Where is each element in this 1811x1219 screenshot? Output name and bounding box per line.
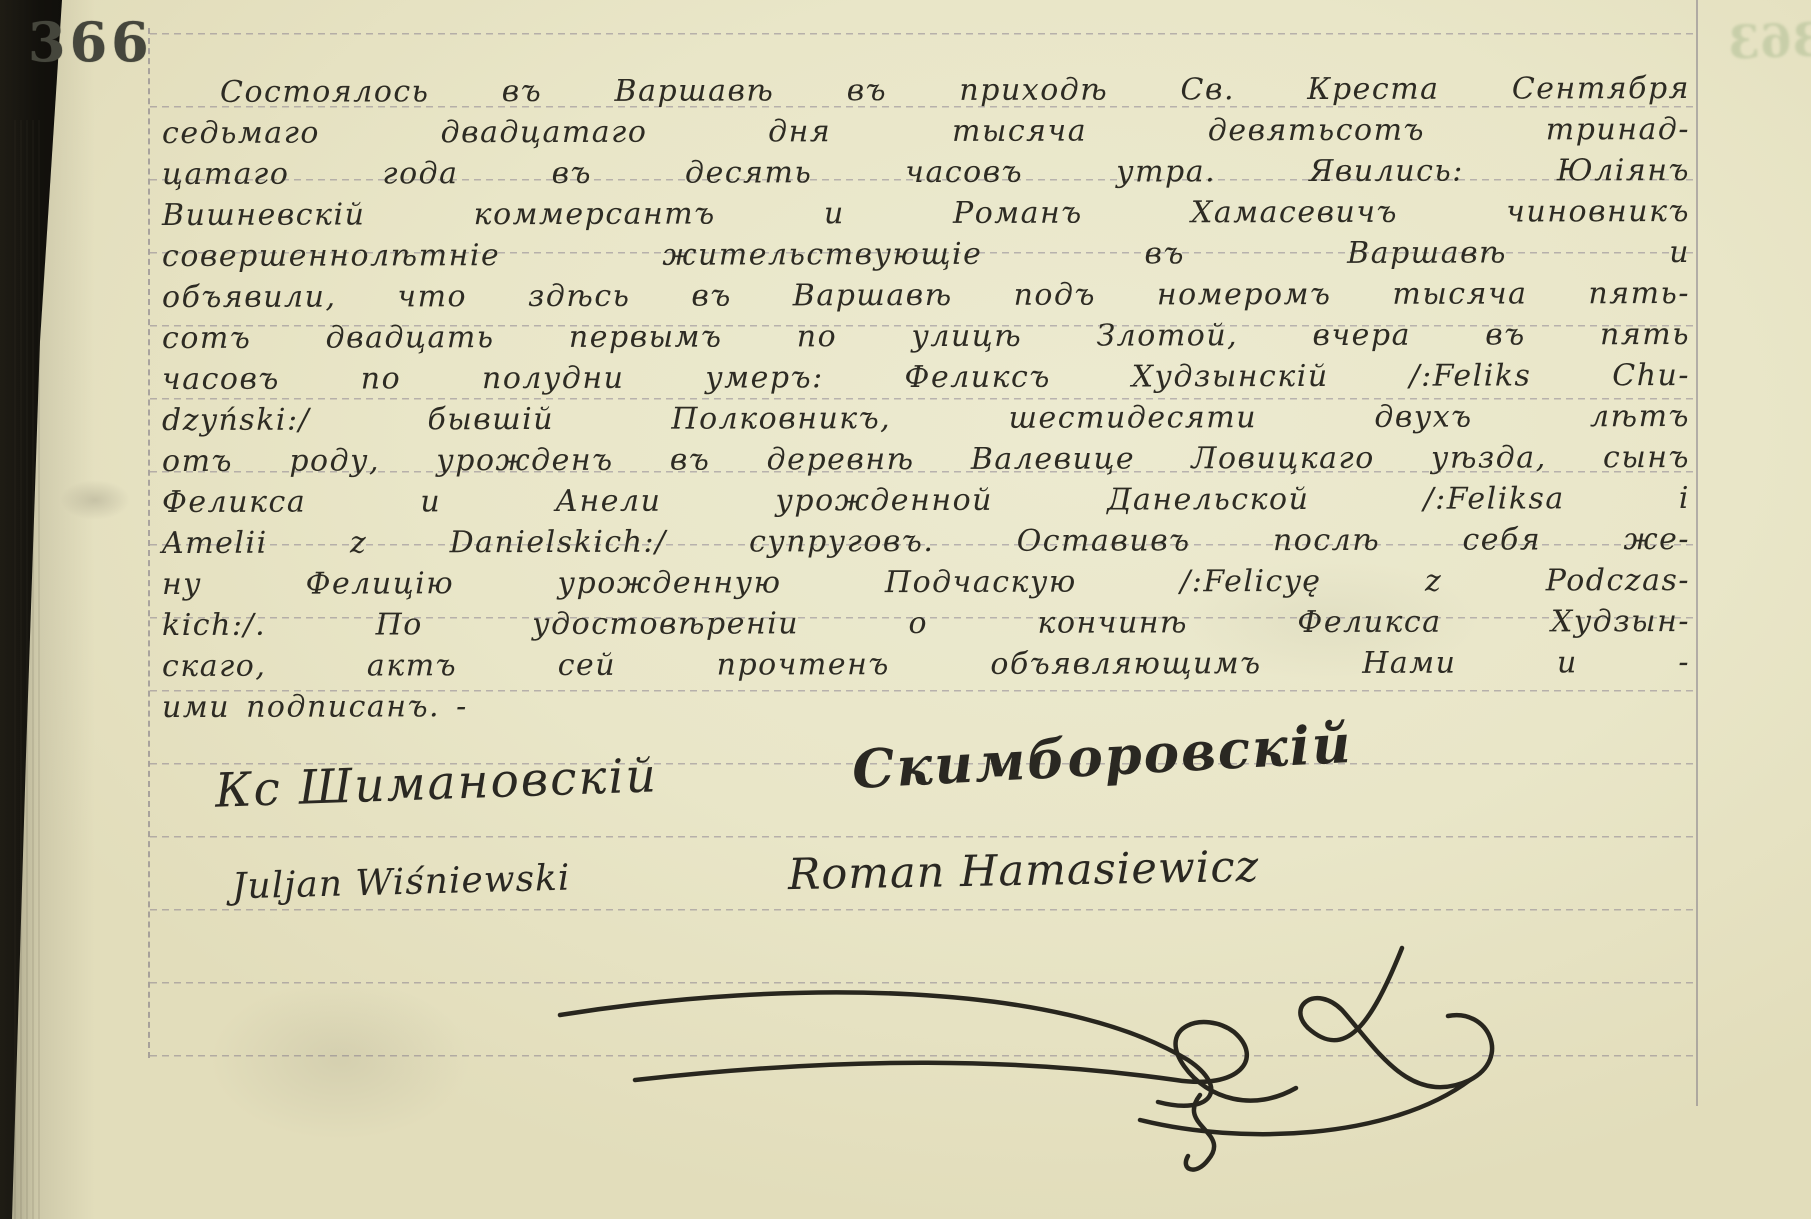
record-line: объявили, что здѣсь въ Варшавѣ подъ номе… — [162, 273, 1690, 318]
record-line: цатаго года въ десять часовъ утра. Явили… — [162, 150, 1690, 195]
record-line: ими подписанъ. - — [162, 683, 1690, 728]
record-line: седьмаго двадцатаго дня тысяча девятьсот… — [162, 109, 1690, 154]
record-line: Состоялось въ Варшавѣ въ приходѣ Св. Кре… — [162, 68, 1690, 113]
record-line: скаго, актъ сей прочтенъ объявляющимъ На… — [162, 642, 1690, 687]
record-line: Феликса и Анели урожденной Данельской /:… — [162, 478, 1690, 523]
record-line: Вишневскій коммерсантъ и Романъ Хамасеви… — [162, 191, 1690, 236]
record-line: ну Фелицію урожденную Подчаскую /:Felicy… — [162, 560, 1690, 605]
record-line: Amelii z Danielskich:/ супруговъ. Остави… — [162, 519, 1690, 564]
record-line: kich:/. По удостовѣреніи о кончинѣ Фелик… — [162, 601, 1690, 646]
record-line: сотъ двадцать первымъ по улицѣ Злотой, в… — [162, 314, 1690, 359]
left-margin-rule — [148, 28, 150, 1058]
right-margin-rule — [1696, 0, 1698, 1106]
record-line: совершеннолѣтніе жительствующіе въ Варша… — [162, 232, 1690, 277]
record-body-text: Состоялось въ Варшавѣ въ приходѣ Св. Кре… — [162, 70, 1690, 726]
bleedthrough-number: 363 — [1727, 12, 1811, 69]
signature-witness-2: Roman Hamasiewicz — [788, 842, 1260, 900]
scanned-death-record-page: { "margin": { "record_number": "366" }, … — [0, 0, 1811, 1219]
record-line: отъ роду, урожденъ въ деревнѣ Валевице Л… — [162, 437, 1690, 482]
record-line: часовъ по полудни умеръ: Феликсъ Худзынс… — [162, 355, 1690, 400]
record-line: dzyński:/ бывшій Полковникъ, шестидесяти… — [162, 396, 1690, 441]
record-number: 366 — [28, 10, 153, 74]
